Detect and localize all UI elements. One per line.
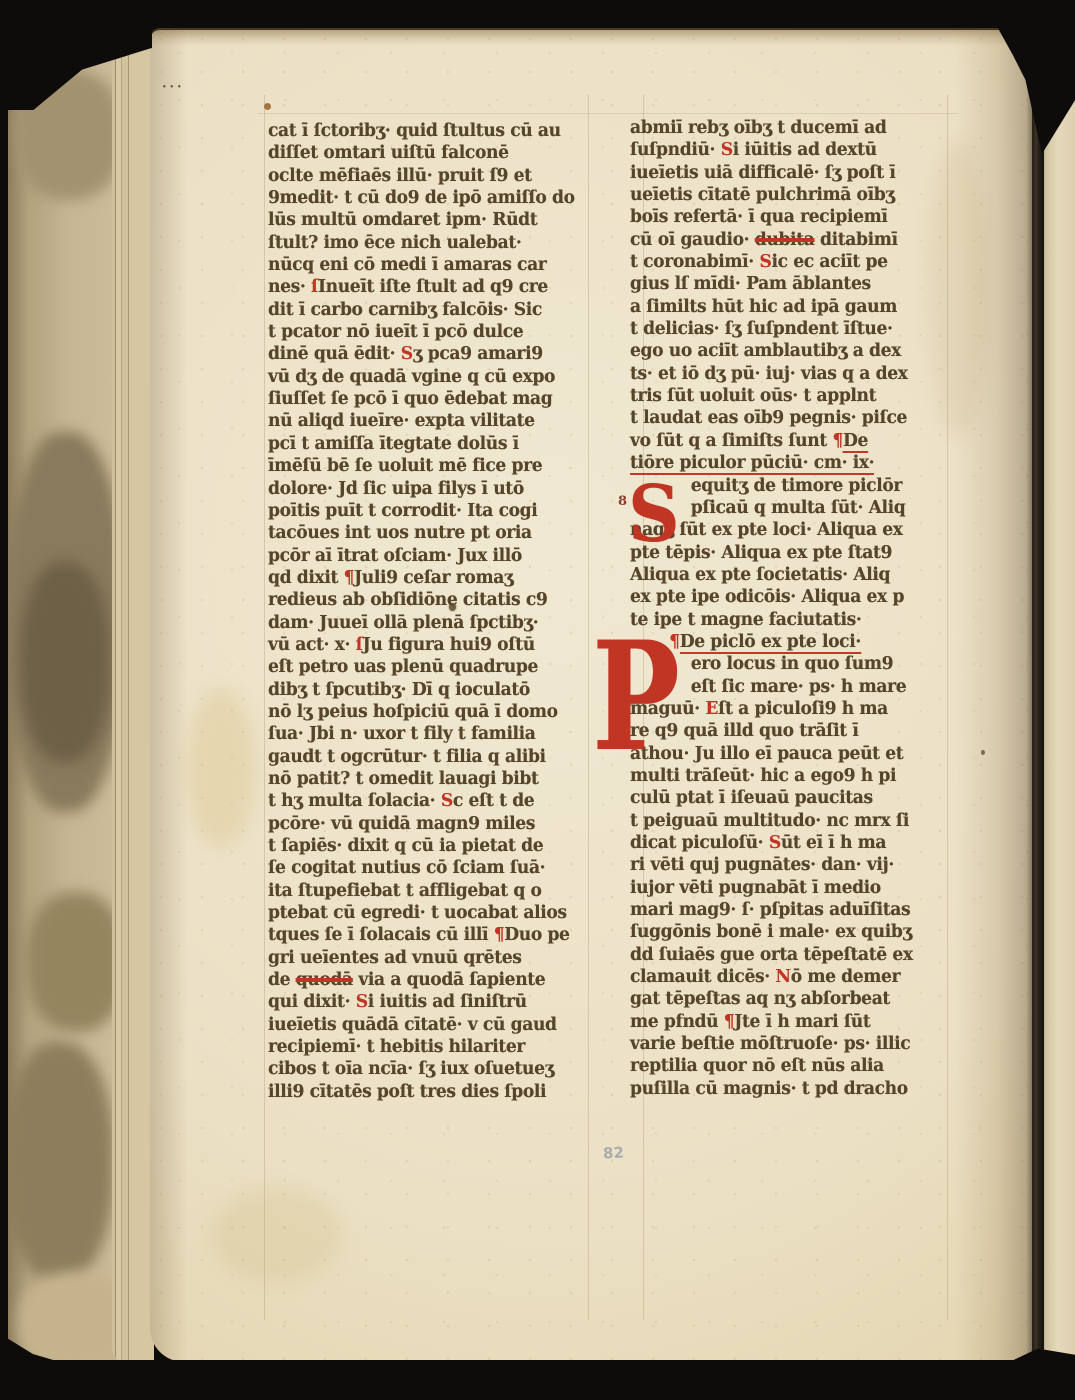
spine-wear-patch <box>26 892 126 1032</box>
ink-text: dibʒ t ſpcutibʒ· Dī q ioculatō <box>268 680 530 700</box>
ink-text: nū aliqd iueīre· expta vilitate <box>268 411 535 431</box>
facing-page-edge <box>1044 40 1075 1370</box>
text-line: cibos t oīa ncīa· ſʒ iux oſuetueʒ <box>268 1058 619 1080</box>
ink-text: reptilia quor nō eſt nūs alia <box>630 1056 884 1076</box>
text-line: dibʒ t ſpcutibʒ· Dī q ioculatō <box>268 679 619 701</box>
text-line: nūcq eni cō medi ī amaras car <box>268 254 619 276</box>
ink-text: tques ſe ī ſolacais cū illī <box>268 925 494 945</box>
ink-text: tris ſūt uoluit oūs· t applnt <box>630 386 876 406</box>
ink-text: gri ueīentes ad vnuū qrētes <box>268 948 522 968</box>
text-line: pcōr aī ītrat oſciam· Jux illō <box>268 545 619 567</box>
ink-text: pcōr aī ītrat oſciam· Jux illō <box>268 546 522 566</box>
text-line: iueīetis quādā cītatē· v cū gaud <box>268 1014 619 1036</box>
text-line: eſt petro uas plenū quadrupe <box>268 656 619 678</box>
ink-text: dit ī carbo carnibʒ falcōis· Sic <box>268 300 542 320</box>
ink-text: nō lʒ peius hoſpiciū quā ī domo <box>268 702 558 722</box>
ink-text: cū oī gaudio· <box>630 230 755 250</box>
text-line: pcōre· vū quidā magn9 miles <box>268 813 619 835</box>
rubric-text: S <box>769 833 781 853</box>
ink-text: ſt a piculoſi9 h ma <box>718 699 888 719</box>
ink-text: i iuitis ad ſiniſtrū <box>368 992 527 1012</box>
ink-text: nūcq eni cō medi ī amaras car <box>268 255 546 275</box>
text-line: ego uo aciīt amblautibʒ a dex <box>630 340 963 362</box>
rubric-text: ¶ <box>832 431 843 451</box>
ink-text: ſuſpndiū· <box>630 140 721 160</box>
ink-text: tacōues int uos nutre pt oria <box>268 523 532 543</box>
text-line: illi9 cītatēs poſt tres dies ſpoli <box>268 1081 619 1103</box>
ink-text: redieus ab obſidiōne citatis c9 <box>268 590 547 610</box>
text-line: qui dixit· Si iuitis ad ſiniſtrū <box>268 991 619 1013</box>
ink-text: a ſimilts hūt hic ad ipā gaum <box>630 297 897 317</box>
ink-text: eſt petro uas plenū quadrupe <box>268 657 538 677</box>
text-line: varie beſtie mōſtruoſe· ps· illic <box>630 1033 963 1055</box>
ink-text: ic ec aciīt pe <box>771 252 887 272</box>
ink-text: me pfndū <box>630 1012 724 1032</box>
text-line: ueīetis cītatē pulchrimā oībʒ <box>630 184 963 206</box>
ink-text: ſe cogitat nutius cō ſciam ſuā· <box>268 858 545 878</box>
text-line: tris ſūt uoluit oūs· t applnt <box>630 385 963 407</box>
rubric-text: ¶ <box>494 925 505 945</box>
ink-speck <box>264 103 271 110</box>
text-line: t ſapiēs· dixit q cū ia pietat de <box>268 835 619 857</box>
page-edge-stack <box>112 40 154 1362</box>
ink-text: Aliqua ex pte ſocietatis· Aliq <box>630 565 890 585</box>
ink-text: recipiemī· t hebitis hilariter <box>268 1037 525 1057</box>
ink-text: ero locus in quo ſum9 <box>691 654 893 674</box>
ink-text: gius lſ mīdi· Pam āblantes <box>630 274 871 294</box>
text-line: dit ī carbo carnibʒ falcōis· Sic <box>268 299 619 321</box>
ink-text: t peiguaū multitudo· nc mrx ſi <box>630 811 909 831</box>
text-line: ſuggōnis bonē i male· ex quibʒ <box>630 921 963 943</box>
text-column-left: cat ī ſctoribʒ· quid ſtultus cū audiſſet… <box>268 120 619 1103</box>
ink-text: clamauit dicēs· <box>630 967 775 987</box>
ink-text: pcōre· vū quidā magn9 miles <box>268 814 535 834</box>
book-spine <box>8 52 120 1374</box>
ink-text: Jte ī h mari ſūt <box>734 1012 870 1032</box>
ink-text: t pcator nō iueīt ī pcō dulce <box>268 322 523 342</box>
text-line: tacōues int uos nutre pt oria <box>268 522 619 544</box>
ruling-line <box>258 113 958 114</box>
ink-text: ditabimī <box>814 230 897 250</box>
text-line: boīs refertā· ī qua recipiemī <box>630 206 963 228</box>
text-line: clamauit dicēs· Nō me demer <box>630 966 963 988</box>
guide-letter: 8 <box>618 494 627 509</box>
text-line: gat tēpeſtas aq nʒ abſorbeat <box>630 988 963 1010</box>
text-line: redieus ab obſidiōne citatis c9 <box>268 589 619 611</box>
ink-text: ʒ pca9 amari9 <box>413 344 543 364</box>
quire-mark: ··· <box>162 80 185 95</box>
ink-text: dam· Juueī ollā plenā ſpctibʒ· <box>268 613 538 633</box>
text-line: pcī t amiſſa ītegtate dolūs ī <box>268 433 619 455</box>
text-line: ptebat cū egredi· t uocabat alios <box>268 902 619 924</box>
ink-text: vū dʒ de quadā vgine q cū expo <box>268 367 555 387</box>
text-line: mari mag9· ſ· pſpitas aduīſitas <box>630 899 963 921</box>
ink-text: pcī t amiſſa ītegtate dolūs ī <box>268 434 519 454</box>
text-line: gaudt t ogcrūtur· t filia q alibi <box>268 746 619 768</box>
text-line: īmēſū bē ſe uoluit mē fice pre <box>268 455 619 477</box>
ink-text: nō patit? t omedit lauagi bibt <box>268 769 538 789</box>
ink-text: ſiuſſet ſe pcō ī quo ēdebat mag <box>268 389 552 409</box>
text-line: puſilla cū magnis· t pd dracho <box>630 1078 963 1100</box>
rubric-initial-P: P <box>592 622 680 772</box>
ink-text: t laudat eas oīb9 pegnis· piſce <box>630 408 907 428</box>
text-line: nō lʒ peius hoſpiciū quā ī domo <box>268 701 619 723</box>
text-line: t peiguaū multitudo· nc mrx ſi <box>630 810 963 832</box>
text-line: pte tēpis· Aliqua ex pte ſtat9 <box>630 542 963 564</box>
spine-wear-patch <box>4 1042 114 1282</box>
ink-text: ita ſtupefiebat t affligebat q o <box>268 881 542 901</box>
ink-text: nes· <box>268 277 311 297</box>
text-line: de quodā via a quodā ſapiente <box>268 969 619 991</box>
ink-text: qui dixit· <box>268 992 356 1012</box>
text-line: equitʒ de timore piclōr <box>630 475 963 497</box>
ink-text: ūt eī ī h ma <box>781 833 886 853</box>
text-line: ri vēti quj pugnātes· dan· vij· <box>630 854 963 876</box>
ink-text: iujor vēti pugnabāt ī medio <box>630 878 881 898</box>
ink-text: 9medit· t cū do9 de ipō amiſſo do <box>268 188 575 208</box>
ink-text: cibos t oīa ncīa· ſʒ iux oſuetueʒ <box>268 1059 554 1079</box>
ink-text: cat ī ſctoribʒ· quid ſtultus cū au <box>268 121 561 141</box>
text-line: oclte mēfiaēs illū· pruit ſ9 et <box>268 165 619 187</box>
text-line: diſſet omtari uiſtū falconē <box>268 142 619 164</box>
ink-text: gaudt t ogcrūtur· t filia q alibi <box>268 747 546 767</box>
ink-text: ſuggōnis bonē i male· ex quibʒ <box>630 922 912 942</box>
ink-text: ego uo aciīt amblautibʒ a dex <box>630 341 901 361</box>
ink-text: eſt ſic mare· ps· h mare <box>691 677 906 697</box>
text-line: nō patit? t omedit lauagi bibt <box>268 768 619 790</box>
ink-text: puſilla cū magnis· t pd dracho <box>630 1079 908 1099</box>
text-line: ſe cogitat nutius cō ſciam ſuā· <box>268 857 619 879</box>
text-line: t laudat eas oīb9 pegnis· piſce <box>630 407 963 429</box>
ink-text: dolore· Jd ſic uipa filys ī utō <box>268 479 524 499</box>
rubric-text: De <box>843 431 868 453</box>
text-line: reptilia quor nō eſt nūs alia <box>630 1055 963 1077</box>
ink-text: via a quodā ſapiente <box>353 970 546 990</box>
ink-text: i iūitis ad dextū <box>733 140 877 160</box>
spine-wear-patch <box>20 562 110 762</box>
ink-text: ueīetis cītatē pulchrimā oībʒ <box>630 185 895 205</box>
ruling-line <box>264 95 265 1320</box>
page-top-browning <box>150 28 1032 46</box>
ink-text: boīs refertā· ī qua recipiemī <box>630 207 887 227</box>
text-line: abmiī rebʒ oībʒ t ducemī ad <box>630 117 963 139</box>
rubric-text: ſ <box>311 277 318 297</box>
text-line: gri ueīentes ad vnuū qrētes <box>268 947 619 969</box>
rubric-text: ¶ <box>724 1012 735 1032</box>
text-line: t coronabimī· Sic ec aciīt pe <box>630 251 963 273</box>
ink-text: Ju figura hui9 oſtū <box>363 635 535 655</box>
ink-text: ō me demer <box>791 967 901 987</box>
ink-text: Inueīt iſte ſtult ad q9 cre <box>318 277 548 297</box>
ink-text: Duo pe <box>504 925 569 945</box>
ink-text: vo ſūt q a ſimiſts ſunt <box>630 431 832 451</box>
text-line: tiōre piculor pūciū· cm· ix· <box>630 452 963 474</box>
text-line: ita ſtupefiebat t affligebat q o <box>268 880 619 902</box>
text-line: a ſimilts hūt hic ad ipā gaum <box>630 296 963 318</box>
ink-text: pſicaū q multa ſūt· Aliq <box>691 498 906 518</box>
ink-text: c eſt t de <box>453 791 534 811</box>
text-line: t hʒ multa ſolacia· Sc eſt t de <box>268 790 619 812</box>
manuscript-photo: ··· 82 cat ī ſctoribʒ· quid ſtultus cū a… <box>0 0 1075 1400</box>
text-line: ſtult? imo ēce nich ualebat· <box>268 232 619 254</box>
ink-text: lūs multū omdaret ipm· Rūdt <box>268 210 537 230</box>
ink-text: illi9 cītatēs poſt tres dies ſpoli <box>268 1082 546 1102</box>
text-line: dolore· Jd ſic uipa filys ī utō <box>268 478 619 500</box>
text-line: cat ī ſctoribʒ· quid ſtultus cū au <box>268 120 619 142</box>
text-line: cū oī gaudio· dubita ditabimī <box>630 229 963 251</box>
rubric-text: S <box>759 252 771 272</box>
gutter-crease <box>1026 55 1046 1373</box>
rubric-text: dubita <box>755 230 815 250</box>
ink-text: equitʒ de timore piclōr <box>691 476 902 496</box>
rubric-text: ſ <box>356 635 363 655</box>
text-line: dam· Juueī ollā plenā ſpctibʒ· <box>268 612 619 634</box>
text-line: ex pte ipe odicōis· Aliqua ex p <box>630 586 963 608</box>
rubric-text: De piclō ex pte loci· <box>680 632 861 654</box>
text-line: vo ſūt q a ſimiſts ſunt ¶De <box>630 430 963 452</box>
text-line: tques ſe ī ſolacais cū illī ¶Duo pe <box>268 924 619 946</box>
rubric-text: ¶ <box>344 568 355 588</box>
photo-background <box>0 0 1075 28</box>
rubric-text: N <box>775 967 790 987</box>
text-line: lūs multū omdaret ipm· Rūdt <box>268 209 619 231</box>
ink-text: de <box>268 970 296 990</box>
folio-number: 82 <box>603 1143 625 1162</box>
ink-text: t coronabimī· <box>630 252 759 272</box>
text-line: gius lſ mīdi· Pam āblantes <box>630 273 963 295</box>
text-line: dicat piculoſū· Sūt eī ī h ma <box>630 832 963 854</box>
ink-text: qd dixit <box>268 568 344 588</box>
text-line: culū ptat ī iſeuaū paucitas <box>630 787 963 809</box>
rubric-text: S <box>356 992 368 1012</box>
ink-text: īmēſū bē ſe uoluit mē fice pre <box>268 456 542 476</box>
ink-text: dicat piculoſū· <box>630 833 769 853</box>
ink-text: varie beſtie mōſtruoſe· ps· illic <box>630 1034 910 1054</box>
ink-text: ptebat cū egredi· t uocabat alios <box>268 903 567 923</box>
ink-text: ex pte ipe odicōis· Aliqua ex p <box>630 587 904 607</box>
text-line: 9medit· t cū do9 de ipō amiſſo do <box>268 187 619 209</box>
ink-text: iueīetis quādā cītatē· v cū gaud <box>268 1015 557 1035</box>
ink-text: vū act· x· <box>268 635 356 655</box>
text-line: iueīetis uiā difficalē· ſʒ poſt ī <box>630 162 963 184</box>
rubric-text: S <box>721 140 733 160</box>
ink-text: ts· et iō dʒ pū· iuj· vias q a dex <box>630 364 908 384</box>
text-line: Aliqua ex pte ſocietatis· Aliq <box>630 564 963 586</box>
text-line: t delicias· ſʒ ſuſpndent īſtue· <box>630 318 963 340</box>
ink-text: oclte mēfiaēs illū· pruit ſ9 et <box>268 166 532 186</box>
text-line: pſicaū q multa ſūt· Aliq <box>630 497 963 519</box>
ink-text: poītis puīt t corrodit· Ita cogi <box>268 501 537 521</box>
ink-text: abmiī rebʒ oībʒ t ducemī ad <box>630 118 886 138</box>
rubric-text: E <box>705 699 718 719</box>
ink-text: t ſapiēs· dixit q cū ia pietat de <box>268 836 543 856</box>
ink-text: dinē quā ēdit· <box>268 344 401 364</box>
text-line: ſiuſſet ſe pcō ī quo ēdebat mag <box>268 388 619 410</box>
text-line: me pfndū ¶Jte ī h mari ſūt <box>630 1011 963 1033</box>
text-line: ts· et iō dʒ pū· iuj· vias q a dex <box>630 363 963 385</box>
ink-text: ſtult? imo ēce nich ualebat· <box>268 233 521 253</box>
text-line: poītis puīt t corrodit· Ita cogi <box>268 500 619 522</box>
text-line: qd dixit ¶Juli9 ceſar romaʒ <box>268 567 619 589</box>
text-line: iujor vēti pugnabāt ī medio <box>630 877 963 899</box>
text-line: nes· ſInueīt iſte ſtult ad q9 cre <box>268 276 619 298</box>
page-inner-shadow <box>150 30 188 1362</box>
parchment-stain <box>186 688 256 848</box>
text-line: dinē quā ēdit· Sʒ pca9 amari9 <box>268 343 619 365</box>
ink-text: diſſet omtari uiſtū falconē <box>268 143 509 163</box>
text-line: t pcator nō iueīt ī pcō dulce <box>268 321 619 343</box>
text-line: ſua· Jbi n· uxor t fily t familia <box>268 723 619 745</box>
text-line: vū act· x· ſJu figura hui9 oſtū <box>268 634 619 656</box>
text-line: nū aliqd iueīre· expta vilitate <box>268 410 619 432</box>
ink-text: gat tēpeſtas aq nʒ abſorbeat <box>630 989 890 1009</box>
ink-text: iueīetis uiā difficalē· ſʒ poſt ī <box>630 163 896 183</box>
ink-text: t delicias· ſʒ ſuſpndent īſtue· <box>630 319 893 339</box>
ink-text: t hʒ multa ſolacia· <box>268 791 441 811</box>
text-line: dd ſuiaēs gue orta tēpeſtatē ex <box>630 944 963 966</box>
parchment-stain <box>212 1188 342 1283</box>
ink-text: ri vēti quj pugnātes· dan· vij· <box>630 855 894 875</box>
photo-background-edge <box>0 0 8 1400</box>
ink-text: culū ptat ī iſeuaū paucitas <box>630 788 873 808</box>
rubric-initial-S: S <box>628 476 680 554</box>
ink-text: ſua· Jbi n· uxor t fily t familia <box>268 724 536 744</box>
ink-text: Juli9 ceſar romaʒ <box>354 568 513 588</box>
text-line: ſuſpndiū· Si iūitis ad dextū <box>630 139 963 161</box>
text-line: recipiemī· t hebitis hilariter <box>268 1036 619 1058</box>
ink-text: dd ſuiaēs gue orta tēpeſtatē ex <box>630 945 913 965</box>
text-line: naqʒ ſūt ex pte loci· Aliqua ex <box>630 519 963 541</box>
text-line: vū dʒ de quadā vgine q cū expo <box>268 366 619 388</box>
rubric-text: S <box>441 791 453 811</box>
ink-text: mari mag9· ſ· pſpitas aduīſitas <box>630 900 910 920</box>
rubric-text: quodā <box>296 970 353 990</box>
rubric-text: S <box>401 344 413 364</box>
gutter-shadow <box>955 30 1032 1362</box>
